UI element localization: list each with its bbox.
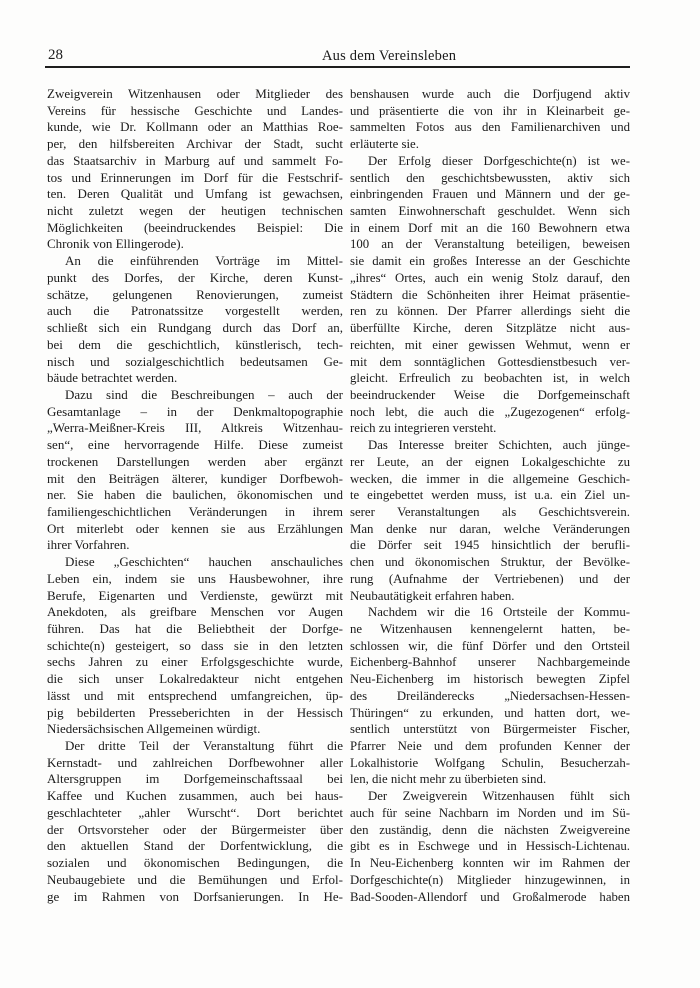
- text-line: Das Interesse breiter Schichten, auch jü…: [350, 437, 630, 454]
- text-line: den zuständig, denn die nächsten Zweigve…: [350, 822, 630, 839]
- text-line: das Staatsarchiv in Marburg auf und samm…: [47, 153, 343, 170]
- header-rule: [45, 66, 630, 68]
- text-line: wecken, die immer in die allgemeine Gesc…: [350, 471, 630, 488]
- text-line: schichte(n) gesteigert, so dass sie in d…: [47, 638, 343, 655]
- page-number: 28: [48, 47, 63, 64]
- text-line: rer Leute, an der eignen Lokalgeschichte…: [350, 454, 630, 471]
- text-line: nisch und sozialgeschichtlich bedeutsame…: [47, 354, 343, 371]
- text-line: mit den Beiträgen älterer, kundiger Dorf…: [47, 471, 343, 488]
- text-line: schließt sich ein Rundgang durch das Dor…: [47, 320, 343, 337]
- text-line: sen“, eine hervorragende Hilfe. Diese zu…: [47, 437, 343, 454]
- text-line: Zweigverein Witzenhausen oder Mitglieder…: [47, 86, 343, 103]
- text-line: samten Einwohnerschaft geschuldet. Wenn …: [350, 203, 630, 220]
- text-line: einbringenden Frauen und Männern und der…: [350, 186, 630, 203]
- text-line: Niedersächsischen Allgemeinen würdigt.: [47, 721, 343, 738]
- text-line: Eichenberg-Bahnhof unserer Nachbargemein…: [350, 654, 630, 671]
- text-line: nicht zuletzt wegen der heutigen technis…: [47, 203, 343, 220]
- text-line: noch lebt, die auch die „Zugezogenen“ er…: [350, 404, 630, 421]
- text-line: benshausen wurde auch die Dorfjugend akt…: [350, 86, 630, 103]
- text-line: Bad-Sooden-Allendorf und Großalmerode ha…: [350, 889, 630, 906]
- text-line: schätze, gelungenen Renovierungen, zumei…: [47, 287, 343, 304]
- text-line: mit dem sonntäglichen Gottesdienstbesuch…: [350, 354, 630, 371]
- text-line: den aktuellen Stand der Dorfentwicklung,…: [47, 838, 343, 855]
- text-line: erläuterte sie.: [350, 136, 630, 153]
- text-line: ren zu können. Der Pfarrer allerdings si…: [350, 303, 630, 320]
- text-line: Anekdoten, als greifbare Menschen vor Au…: [47, 604, 343, 621]
- text-line: punkt des Dorfes, der Kirche, deren Kuns…: [47, 270, 343, 287]
- text-line: Kernstadt- und zahlreichen Dorfbewohner …: [47, 755, 343, 772]
- text-line: ge im Rahmen von Dorfsanierungen. In He-: [47, 889, 343, 906]
- text-line: 100 an der Veranstaltung beteiligen, bew…: [350, 236, 630, 253]
- text-line: schlossen wir, die fünf Dörfer und den O…: [350, 638, 630, 655]
- text-line: In Neu-Eichenberg konnten wir im Rahmen …: [350, 855, 630, 872]
- text-line: in einem Dorf mit an die 160 Bewohnern e…: [350, 220, 630, 237]
- text-line: Gesamtanlage – in der Denkmaltopographie: [47, 404, 343, 421]
- text-line: Neubaugebiete und die Bemühungen und Erf…: [47, 872, 343, 889]
- text-line: Ort miterlebt oder kennen sie aus Erzähl…: [47, 521, 343, 538]
- text-line: bäude betrachtet werden.: [47, 370, 343, 387]
- text-column-right: benshausen wurde auch die Dorfjugend akt…: [350, 86, 630, 905]
- text-line: ner. Sie haben die baulichen, ökonomisch…: [47, 487, 343, 504]
- text-line: ihrer Vorfahren.: [47, 537, 343, 554]
- text-line: Neubautätigkeit erfahren haben.: [350, 588, 630, 605]
- text-line: beeindruckender Weise die Dorfgemeinscha…: [350, 387, 630, 404]
- text-line: rung (Aufnahme der Vertriebenen) und der: [350, 571, 630, 588]
- text-line: auch für seine Nachbarn im Norden und im…: [350, 805, 630, 822]
- text-line: An die einführenden Vorträge im Mittel-: [47, 253, 343, 270]
- text-line: kunde, wie Dr. Kollmann oder an Matthias…: [47, 119, 343, 136]
- document-page: 28 Aus dem Vereinsleben Zweigverein Witz…: [0, 0, 700, 988]
- text-line: len, die nicht mehr zu überbieten sind.: [350, 771, 630, 788]
- text-line: auch die Patronatssitze vorgestellt werd…: [47, 303, 343, 320]
- text-line: geschlachteter „ahler Wurscht“. Dort ber…: [47, 805, 343, 822]
- text-line: reich zu integrieren versteht.: [350, 420, 630, 437]
- text-line: Altersgruppen im Dorfgemeinschaftssaal b…: [47, 771, 343, 788]
- text-line: Man denke nur daran, welche Veränderunge…: [350, 521, 630, 538]
- text-line: familiengeschichtlichen Veränderungen in…: [47, 504, 343, 521]
- text-line: ten. Deren Qualität und Umfang ist gewac…: [47, 186, 343, 203]
- text-line: bei dem die geschichtlich, künstlerisch,…: [47, 337, 343, 354]
- text-line: Pfarrer Neie und dem profunden Kenner de…: [350, 738, 630, 755]
- text-line: „Werra-Meißner-Kreis III, Altkreis Witze…: [47, 420, 343, 437]
- text-line: „ihres“ Ortes, auch ein wenig Stolz dara…: [350, 270, 630, 287]
- text-line: führen. Das hat die Beliebtheit der Dorf…: [47, 621, 343, 638]
- text-line: sammelten Fotos aus den Familienarchiven…: [350, 119, 630, 136]
- text-line: Lokalhistorie Wolfgang Schulin, Besucher…: [350, 755, 630, 772]
- text-line: reichten, mit einer gewissen Wehmut, wen…: [350, 337, 630, 354]
- text-line: Nachdem wir die 16 Ortsteile der Kommu-: [350, 604, 630, 621]
- text-line: chen und ökonomischen Struktur, der Bevö…: [350, 554, 630, 571]
- text-line: Dazu sind die Beschreibungen – auch der: [47, 387, 343, 404]
- text-line: te eingebettet werden muss, ist u.a. ein…: [350, 487, 630, 504]
- text-line: per, den hilfsbereiten Archivar der Stad…: [47, 136, 343, 153]
- text-line: sentlich unterstützt von Bürgermeister F…: [350, 721, 630, 738]
- text-line: serer Veranstaltungen als Geschichtsvere…: [350, 504, 630, 521]
- text-line: ne Witzenhausen kennengelernt hatten, be…: [350, 621, 630, 638]
- text-line: tos und Erinnerungen im Dorf für die Fes…: [47, 170, 343, 187]
- text-line: Dorfgeschichte(n) Mitglieder hinzugewinn…: [350, 872, 630, 889]
- text-line: Der Erfolg dieser Dorfgeschichte(n) ist …: [350, 153, 630, 170]
- text-line: die sich unser Lokalredakteur nicht entg…: [47, 671, 343, 688]
- text-line: sechs Jahren zu einer Erfolgsgeschichte …: [47, 654, 343, 671]
- text-line: gibt es in Eschwege und in Hessisch-Lich…: [350, 838, 630, 855]
- text-line: und präsentierte die von ihr in Kleinarb…: [350, 103, 630, 120]
- running-header-title: Aus dem Vereinsleben: [322, 48, 456, 65]
- text-line: lässt und mit entsprechend umfangreichen…: [47, 688, 343, 705]
- text-line: gleicht. Erfreulich zu beobachten ist, i…: [350, 370, 630, 387]
- text-line: Chronik von Ellingerode).: [47, 236, 343, 253]
- text-line: sozialen und ökonomischen Bedingungen, d…: [47, 855, 343, 872]
- text-line: sie damit ein großes Interesse an der Ge…: [350, 253, 630, 270]
- text-line: Städtern die Schönheiten ihrer Heimat pr…: [350, 287, 630, 304]
- text-line: Möglichkeiten (beeindruckendes Beispiel:…: [47, 220, 343, 237]
- text-line: sentlich den geschichtsbewussten, aktiv …: [350, 170, 630, 187]
- text-line: trockenen Darstellungen werden aber ergä…: [47, 454, 343, 471]
- text-line: Der Zweigverein Witzenhausen fühlt sich: [350, 788, 630, 805]
- text-column-left: Zweigverein Witzenhausen oder Mitglieder…: [47, 86, 343, 905]
- text-line: Der dritte Teil der Veranstaltung führt …: [47, 738, 343, 755]
- text-line: die Dörfer seit 1945 hinsichtlich der be…: [350, 537, 630, 554]
- text-line: Leben ein, indem sie uns Hausbewohner, i…: [47, 571, 343, 588]
- text-line: Berufe, Eigenarten und Verdienste, gewür…: [47, 588, 343, 605]
- text-line: Thüringen“ zu erkunden, und hatten dort,…: [350, 705, 630, 722]
- text-line: Kaffee und Kuchen zusammen, auch bei hau…: [47, 788, 343, 805]
- text-line: Neu-Eichenberg im historisch bewegten Zi…: [350, 671, 630, 688]
- text-line: überfüllte Kirche, deren Sitzplätze nich…: [350, 320, 630, 337]
- text-line: Vereins für hessische Geschichte und Lan…: [47, 103, 343, 120]
- text-line: Diese „Geschichten“ hauchen anschauliche…: [47, 554, 343, 571]
- text-line: des Dreiländerecks „Niedersachsen-Hessen…: [350, 688, 630, 705]
- text-line: pig bebilderten Presseberichten in der H…: [47, 705, 343, 722]
- text-line: der Ortsvorsteher oder der Bürgermeister…: [47, 822, 343, 839]
